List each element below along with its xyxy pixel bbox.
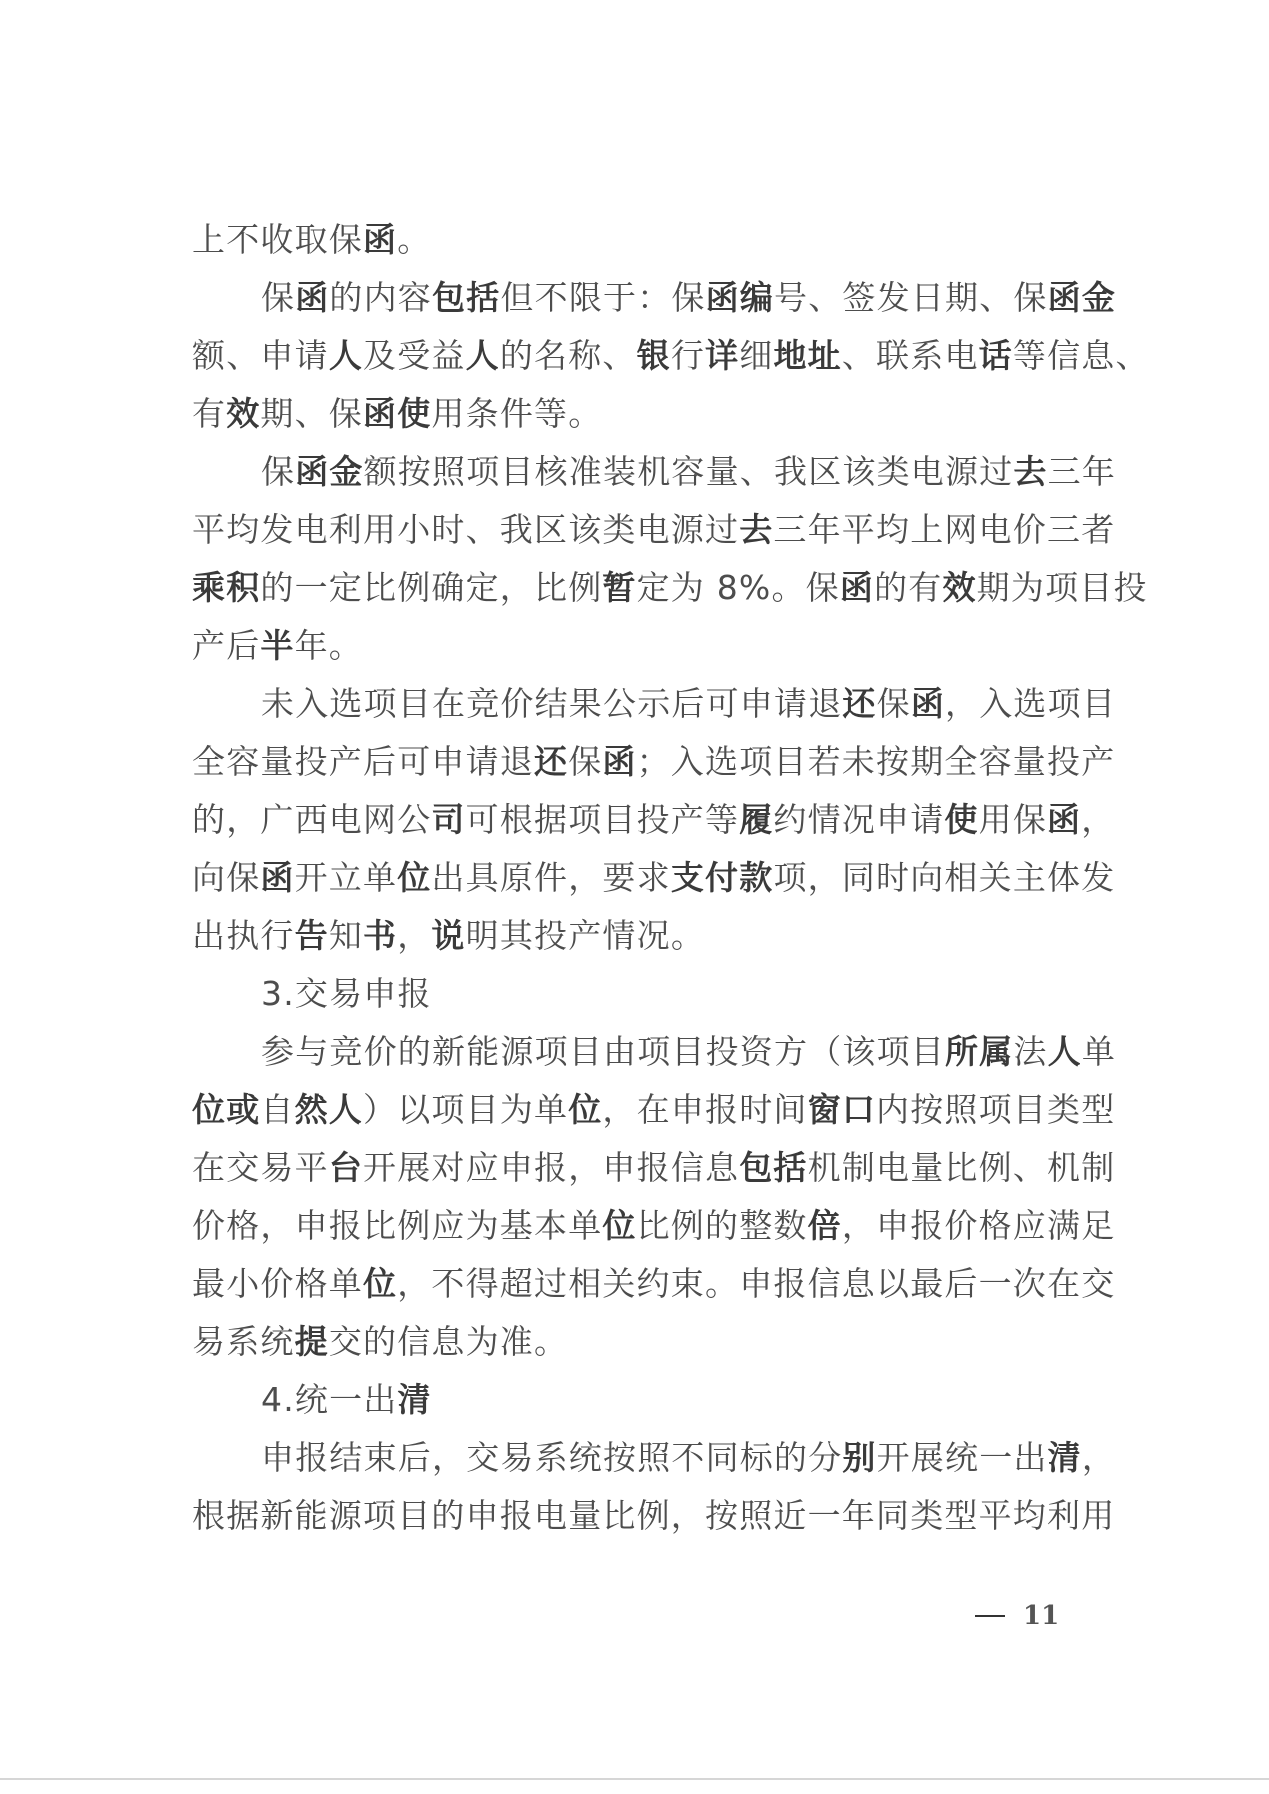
text-line: 根据新能源项目的申报电量比例，按照近一年同类型平均利用 xyxy=(192,1487,1092,1545)
emphasized-text: 乘积 xyxy=(192,568,260,607)
text-segment: 在交易平 xyxy=(192,1148,329,1187)
emphasized-text: 还 xyxy=(842,684,876,723)
text-line: 未入选项目在竞价结果公示后可申请退还保函，入选项目 xyxy=(192,675,1092,733)
text-line: 乘积的一定比例确定，比例暂定为 8%。保函的有效期为项目投 xyxy=(192,559,1092,617)
emphasized-text: 告 xyxy=(295,916,329,955)
emphasized-text: 效 xyxy=(942,568,976,607)
text-line: 保函金额按照项目核准装机容量、我区该类电源过去三年 xyxy=(192,443,1092,501)
text-segment: 保 xyxy=(568,742,602,781)
text-segment: 根据新能源项目的申报电量比例，按照近一年同类型平均利用 xyxy=(192,1496,1115,1535)
emphasized-text: 使 xyxy=(944,800,978,839)
text-segment: 比例的整数 xyxy=(637,1206,808,1245)
emphasized-text: 人 xyxy=(329,336,363,375)
text-segment: 法 xyxy=(1013,1032,1047,1071)
text-segment: 内按照项目类型 xyxy=(876,1090,1115,1129)
page-number: 11 xyxy=(975,1601,1059,1631)
text-segment: 全容量投产后可申请退 xyxy=(192,742,534,781)
text-segment: 项，同时向相关主体发 xyxy=(773,858,1115,897)
emphasized-text: 清 xyxy=(1048,1438,1082,1477)
text-segment: 自 xyxy=(260,1090,294,1129)
emphasized-text: 台 xyxy=(329,1148,363,1187)
emphasized-text: 去 xyxy=(739,510,773,549)
text-segment: 定为 8%。保 xyxy=(637,568,840,607)
text-segment: 开展统一出 xyxy=(877,1438,1048,1477)
emphasized-text: 详 xyxy=(705,336,739,375)
text-line: 价格，申报比例应为基本单位比例的整数倍，申报价格应满足 xyxy=(192,1197,1092,1255)
text-segment: 及受益 xyxy=(363,336,466,375)
emphasized-text: 提 xyxy=(295,1322,329,1361)
page-number-dash xyxy=(975,1615,1005,1617)
text-segment: 产后 xyxy=(192,626,260,665)
text-segment: 用条件等。 xyxy=(431,394,602,433)
text-segment: 三年平均上网电价三者 xyxy=(773,510,1115,549)
text-line: 平均发电利用小时、我区该类电源过去三年平均上网电价三者 xyxy=(192,501,1092,559)
text-segment: 出执行 xyxy=(192,916,295,955)
emphasized-text: 人 xyxy=(466,336,500,375)
text-line: 位或自然人）以项目为单位，在申报时间窗口内按照项目类型 xyxy=(192,1081,1092,1139)
text-segment: 知 xyxy=(329,916,363,955)
emphasized-text: 函金 xyxy=(1048,278,1116,317)
text-line: 出执行告知书，说明其投产情况。 xyxy=(192,907,1092,965)
text-segment: 出具原件，要求 xyxy=(431,858,670,897)
emphasized-text: 函 xyxy=(363,220,397,259)
text-line: 额、申请人及受益人的名称、银行详细地址、联系电话等信息、 xyxy=(192,327,1092,385)
text-segment: 细 xyxy=(739,336,773,375)
text-segment: 的内容 xyxy=(329,278,432,317)
emphasized-text: 包括 xyxy=(432,278,500,317)
text-segment: 开立单 xyxy=(295,858,398,897)
emphasized-text: 人 xyxy=(1048,1032,1082,1071)
text-segment: 3.交易申报 xyxy=(261,974,432,1013)
emphasized-text: 所属 xyxy=(945,1032,1013,1071)
text-segment: 额、申请 xyxy=(192,336,329,375)
text-segment: 最小价格单 xyxy=(192,1264,363,1303)
text-segment: 申报结束后，交易系统按照不同标的分 xyxy=(261,1438,842,1477)
text-segment: 。 xyxy=(397,220,431,259)
text-segment: ，在申报时间 xyxy=(602,1090,807,1129)
text-segment: ，不得超过相关约束。申报信息以最后一次在交 xyxy=(397,1264,1115,1303)
text-segment: 向保 xyxy=(192,858,260,897)
text-line: 最小价格单位，不得超过相关约束。申报信息以最后一次在交 xyxy=(192,1255,1092,1313)
text-segment: 、联系电 xyxy=(842,336,979,375)
text-segment: ；入选项目若未按期全容量投产 xyxy=(637,742,1116,781)
emphasized-text: 说 xyxy=(431,916,465,955)
text-segment: 用保 xyxy=(979,800,1047,839)
emphasized-text: 暂 xyxy=(602,568,636,607)
text-line: 易系统提交的信息为准。 xyxy=(192,1313,1092,1371)
emphasized-text: 位 xyxy=(363,1264,397,1303)
emphasized-text: 地址 xyxy=(773,336,841,375)
text-segment: 的名称、 xyxy=(500,336,637,375)
text-segment: 机制电量比例、机制 xyxy=(808,1148,1116,1187)
emphasized-text: 银 xyxy=(637,336,671,375)
emphasized-text: 倍 xyxy=(808,1206,842,1245)
text-segment: 号、签发日期、保 xyxy=(774,278,1048,317)
text-segment: 期为项目投 xyxy=(977,568,1148,607)
emphasized-text: 然人 xyxy=(295,1090,363,1129)
page-number-value: 11 xyxy=(1023,1601,1059,1631)
emphasized-text: 函 xyxy=(295,278,329,317)
emphasized-text: 位 xyxy=(602,1206,636,1245)
emphasized-text: 话 xyxy=(979,336,1013,375)
text-line: 的，广西电网公司可根据项目投产等履约情况申请使用保函， xyxy=(192,791,1092,849)
text-segment: 平均发电利用小时、我区该类电源过 xyxy=(192,510,739,549)
text-line: 上不收取保函。 xyxy=(192,211,1092,269)
text-line: 申报结束后，交易系统按照不同标的分别开展统一出清， xyxy=(192,1429,1092,1487)
text-segment: 但不限于：保 xyxy=(500,278,705,317)
text-segment: ，入选项目 xyxy=(945,684,1116,723)
text-segment: 价格，申报比例应为基本单 xyxy=(192,1206,602,1245)
emphasized-text: 司 xyxy=(431,800,465,839)
text-segment: 交的信息为准。 xyxy=(329,1322,568,1361)
text-segment: ，申报价格应满足 xyxy=(842,1206,1116,1245)
body-text: 上不收取保函。保函的内容包括但不限于：保函编号、签发日期、保函金额、申请人及受益… xyxy=(192,211,1092,1545)
text-segment: 年。 xyxy=(295,626,363,665)
emphasized-text: 位 xyxy=(568,1090,602,1129)
text-segment: 有 xyxy=(192,394,226,433)
text-segment: ， xyxy=(1081,800,1115,839)
text-segment: 单 xyxy=(1082,1032,1116,1071)
emphasized-text: 函 xyxy=(1047,800,1081,839)
emphasized-text: 窗口 xyxy=(808,1090,876,1129)
text-segment: 参与竞价的新能源项目由项目投资方（该项目 xyxy=(261,1032,945,1071)
emphasized-text: 函 xyxy=(840,568,874,607)
text-segment: 期、保 xyxy=(260,394,363,433)
text-segment: 保 xyxy=(261,278,295,317)
emphasized-text: 函使 xyxy=(363,394,431,433)
text-line: 3.交易申报 xyxy=(192,965,1092,1023)
text-segment: 的一定比例确定，比例 xyxy=(260,568,602,607)
text-segment: ， xyxy=(397,916,431,955)
text-segment: ， xyxy=(1082,1438,1116,1477)
emphasized-text: 函 xyxy=(911,684,945,723)
text-segment: 额按照项目核准装机容量、我区该类电源过 xyxy=(364,452,1014,491)
emphasized-text: 函 xyxy=(602,742,636,781)
emphasized-text: 半 xyxy=(260,626,294,665)
text-segment: 明其投产情况。 xyxy=(466,916,705,955)
text-segment: 约情况申请 xyxy=(773,800,944,839)
text-segment: 4.统一出 xyxy=(261,1380,398,1419)
emphasized-text: 清 xyxy=(398,1380,432,1419)
text-segment: 易系统 xyxy=(192,1322,295,1361)
text-line: 4.统一出清 xyxy=(192,1371,1092,1429)
emphasized-text: 函 xyxy=(260,858,294,897)
text-segment: 开展对应申报，申报信息 xyxy=(363,1148,739,1187)
emphasized-text: 去 xyxy=(1013,452,1047,491)
emphasized-text: 位或 xyxy=(192,1090,260,1129)
emphasized-text: 函金 xyxy=(295,452,363,491)
text-line: 有效期、保函使用条件等。 xyxy=(192,385,1092,443)
text-segment: 的，广西电网公 xyxy=(192,800,431,839)
text-line: 全容量投产后可申请退还保函；入选项目若未按期全容量投产 xyxy=(192,733,1092,791)
text-segment: 可根据项目投产等 xyxy=(466,800,740,839)
text-line: 产后半年。 xyxy=(192,617,1092,675)
emphasized-text: 函编 xyxy=(706,278,774,317)
document-page: 上不收取保函。保函的内容包括但不限于：保函编号、签发日期、保函金额、申请人及受益… xyxy=(0,0,1269,1794)
emphasized-text: 包括 xyxy=(739,1148,807,1187)
emphasized-text: 位 xyxy=(397,858,431,897)
emphasized-text: 还 xyxy=(534,742,568,781)
text-line: 向保函开立单位出具原件，要求支付款项，同时向相关主体发 xyxy=(192,849,1092,907)
text-line: 在交易平台开展对应申报，申报信息包括机制电量比例、机制 xyxy=(192,1139,1092,1197)
text-segment: 三年 xyxy=(1048,452,1116,491)
scan-edge-line xyxy=(0,1778,1269,1780)
text-segment: 未入选项目在竞价结果公示后可申请退 xyxy=(261,684,842,723)
text-segment: 行 xyxy=(671,336,705,375)
text-segment: 保 xyxy=(877,684,911,723)
text-segment: 的有 xyxy=(874,568,942,607)
text-segment: ）以项目为单 xyxy=(363,1090,568,1129)
emphasized-text: 效 xyxy=(226,394,260,433)
text-segment: 保 xyxy=(261,452,295,491)
emphasized-text: 书 xyxy=(363,916,397,955)
emphasized-text: 别 xyxy=(842,1438,876,1477)
text-line: 保函的内容包括但不限于：保函编号、签发日期、保函金 xyxy=(192,269,1092,327)
text-segment: 等信息、 xyxy=(1013,336,1150,375)
text-segment: 上不收取保 xyxy=(192,220,363,259)
text-line: 参与竞价的新能源项目由项目投资方（该项目所属法人单 xyxy=(192,1023,1092,1081)
emphasized-text: 履 xyxy=(739,800,773,839)
emphasized-text: 支付款 xyxy=(671,858,774,897)
